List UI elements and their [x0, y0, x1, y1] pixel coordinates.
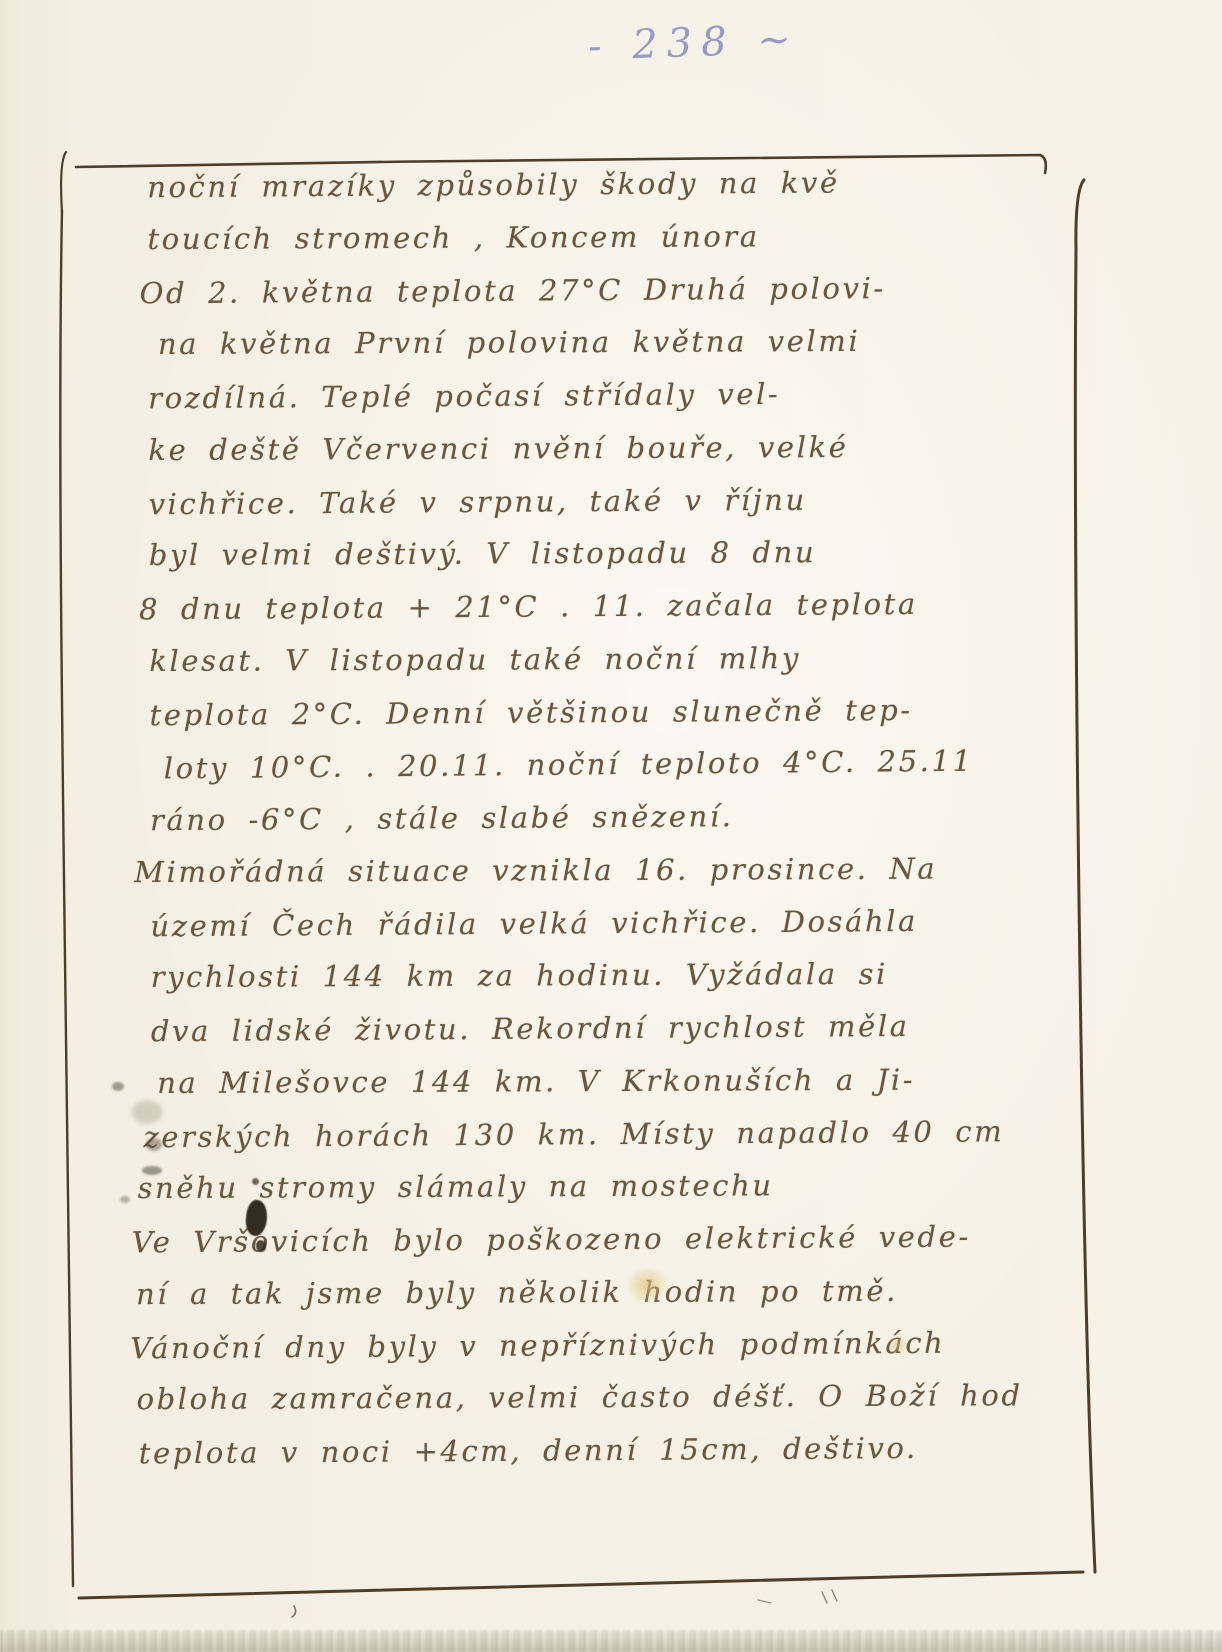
- handwritten-line: teplota v noci +4cm, denní 15cm, deštivo…: [139, 1421, 1093, 1480]
- handwritten-line: Vánoční dny byly v nepříznivých podmínká…: [130, 1315, 1092, 1374]
- handwritten-line: obloha zamračena, velmi často déšť. O Bo…: [136, 1369, 1092, 1426]
- handwritten-line: ke deště Včervenci nvění bouře, velké: [148, 420, 1088, 477]
- handwritten-line: rozdílná. Teplé počasí střídaly vel-: [148, 366, 1088, 425]
- handwritten-line: teplota 2°C. Denní většinou slunečně tep…: [149, 682, 1089, 741]
- handwritten-line: dva lidské životu. Rekordní rychlost měl…: [151, 999, 1091, 1058]
- handwritten-line: ráno -6°C , stále slabé snězení.: [150, 788, 1090, 847]
- handwritten-line: loty 10°C. . 20.11. noční teploto 4°C. 2…: [164, 734, 1090, 796]
- scan-edge-shadow: [0, 1630, 1222, 1652]
- handwritten-line: toucích stromech , Koncem února: [147, 209, 1087, 266]
- ink-blot-speck: [252, 1178, 259, 1185]
- ink-blot-speck: [256, 1240, 266, 1252]
- margin-smudge: [146, 1138, 162, 1151]
- handwritten-line: vichřice. Také v srpnu, také v říjnu: [148, 471, 1088, 530]
- handwritten-line: Od 2. května teplota 27°C Druhá polovi-: [140, 260, 1088, 319]
- margin-smudge: [132, 1100, 162, 1124]
- margin-smudge: [112, 1082, 124, 1091]
- handwritten-line: ní a tak jsme byly několik hodin po tmě.: [136, 1264, 1092, 1321]
- handwritten-line: na Milešovce 144 km. V Krkonuších a Ji-: [157, 1053, 1091, 1110]
- margin-smudge: [142, 1166, 162, 1175]
- handwritten-line: zerských horách 130 km. Místy napadlo 40…: [143, 1104, 1091, 1163]
- handwritten-line: Mimořádná situace vznikla 16. prosince. …: [134, 842, 1090, 899]
- handwritten-line: Ve Vršovicích bylo poškozeno elektrické …: [132, 1210, 1092, 1269]
- handwritten-line: rychlosti 144 km za hodinu. Vyžádala si: [151, 947, 1091, 1004]
- handwritten-line: 8 dnu teplota + 21°C . 11. začala teplot…: [139, 577, 1089, 636]
- margin-smudge: [120, 1196, 130, 1203]
- handwritten-line: sněhu stromy slámaly na mostechu: [138, 1158, 1092, 1215]
- handwritten-line: klesat. V listopadu také noční mlhy: [149, 631, 1089, 688]
- handwritten-line: na května První polovina května velmi: [158, 314, 1088, 371]
- handwritten-line: byl velmi deštivý. V listopadu 8 dnu: [149, 525, 1089, 582]
- handwritten-line: území Čech řádila velká vichřice. Dosáhl…: [150, 893, 1090, 952]
- yellow-stain: [888, 1336, 908, 1354]
- handwritten-line: noční mrazíky způsobily škody na kvě: [147, 155, 1087, 214]
- handwritten-text-block: noční mrazíky způsobily škody na kvě tou…: [137, 156, 1093, 1479]
